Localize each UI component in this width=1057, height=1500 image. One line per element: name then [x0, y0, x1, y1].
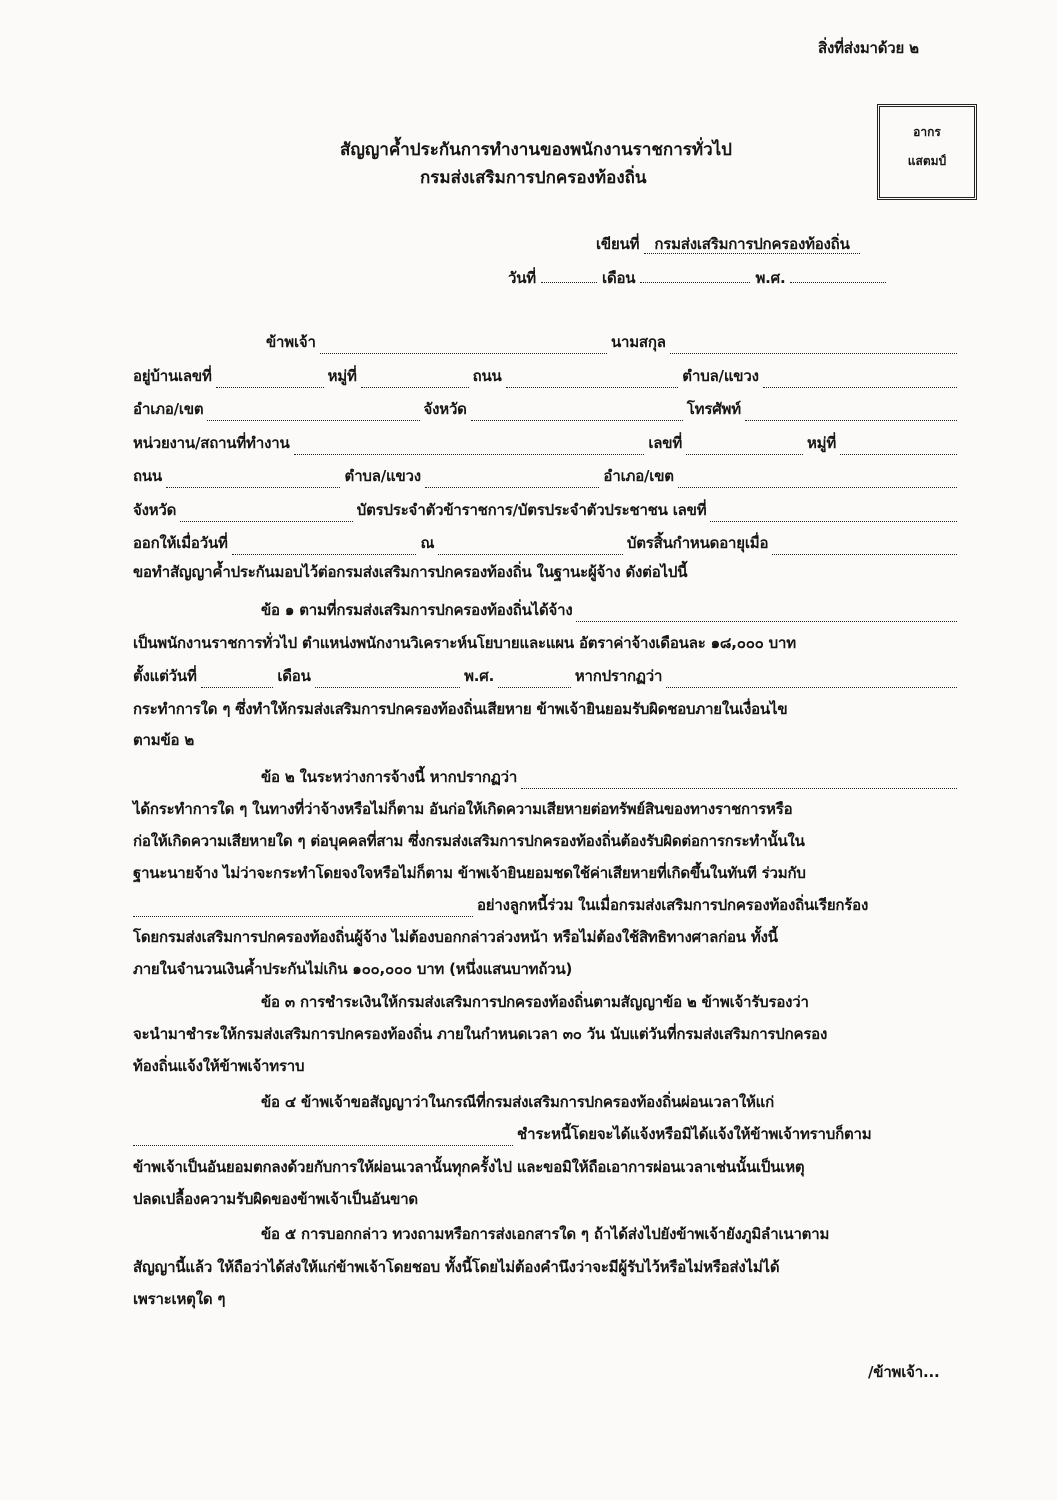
clause-1-line-5: ตามข้อ ๒	[133, 728, 194, 752]
label-workplace: หน่วยงาน/สถานที่ทำงาน	[133, 431, 290, 455]
row-name: ข้าพเจ้า นามสกุล	[266, 330, 961, 354]
clause-4-name-field[interactable]	[133, 1133, 513, 1146]
clause-1-label: ข้อ ๑ ตามที่กรมส่งเสริมการปกครองท้องถิ่น…	[261, 598, 572, 622]
phone-field[interactable]	[745, 408, 957, 421]
surname-field[interactable]	[670, 341, 957, 354]
date-label: วันที่	[508, 269, 536, 287]
label-start-year: พ.ศ.	[464, 664, 494, 688]
clause-4-line-1: ข้อ ๔ ข้าพเจ้าขอสัญญาว่าในกรณีที่กรมส่งเ…	[261, 1090, 774, 1114]
label-name: ข้าพเจ้า	[266, 330, 316, 354]
clause-1-line-4: กระทำการใด ๆ ซึ่งทำให้กรมส่งเสริมการปกคร…	[133, 697, 787, 721]
district-field[interactable]	[207, 408, 419, 421]
expiry-field[interactable]	[772, 542, 957, 555]
date-field[interactable]	[541, 270, 597, 283]
intro-text: ขอทำสัญญาค้ำประกันมอบไว้ต่อกรมส่งเสริมกา…	[133, 560, 687, 584]
workplace-field[interactable]	[294, 442, 645, 455]
work-moo-field[interactable]	[840, 442, 957, 455]
month-field[interactable]	[640, 270, 750, 283]
row-work-address: ถนน ตำบล/แขวง อำเภอ/เขต	[133, 464, 961, 488]
clause-4-body-2: ชำระหนี้โดยจะได้แจ้งหรือมิได้แจ้งให้ข้าพ…	[517, 1122, 871, 1146]
issued-at-field[interactable]	[438, 542, 623, 555]
title-line-2: กรมส่งเสริมการปกครองท้องถิ่น	[420, 164, 647, 191]
work-no-field[interactable]	[686, 442, 803, 455]
row-issue: ออกให้เมื่อวันที่ ณ บัตรสิ้นกำหนดอายุเมื…	[133, 531, 961, 555]
label-issue-date: ออกให้เมื่อวันที่	[133, 531, 228, 555]
province-field[interactable]	[471, 408, 683, 421]
subdistrict-field[interactable]	[763, 375, 957, 388]
year-field[interactable]	[790, 270, 886, 283]
month-label: เดือน	[602, 269, 635, 287]
label-work-road: ถนน	[133, 464, 162, 488]
id-card-field[interactable]	[710, 509, 957, 522]
clause-2-label: ข้อ ๒ ในระหว่างการจ้างนี้ หากปรากฏว่า	[261, 765, 517, 789]
clause-4-line-3: ข้าพเจ้าเป็นอันยอมตกลงด้วยกับการให้ผ่อนเ…	[133, 1155, 804, 1179]
clause-2-body-3: ฐานะนายจ้าง ไม่ว่าจะกระทำโดยจงใจหรือไม่ก…	[133, 861, 806, 885]
label-province: จังหวัด	[424, 397, 467, 421]
house-no-field[interactable]	[216, 375, 324, 388]
label-moo: หมู่ที่	[328, 364, 357, 388]
stamp-box: อากร แสตมป์	[877, 104, 977, 200]
moo-field[interactable]	[361, 375, 469, 388]
row-address: อยู่บ้านเลขที่ หมู่ที่ ถนน ตำบล/แขวง	[133, 364, 961, 388]
label-road: ถนน	[473, 364, 502, 388]
label-district: อำเภอ/เขต	[133, 397, 203, 421]
start-date-field[interactable]	[201, 675, 274, 688]
clause-5-line-3: เพราะเหตุใด ๆ	[133, 1287, 225, 1311]
label-work-province: จังหวัด	[133, 498, 176, 522]
clause-1-line-2: เป็นพนักงานราชการทั่วไป ตำแหน่งพนักงานวิ…	[133, 631, 796, 655]
clause-2-name-field[interactable]	[521, 776, 957, 789]
label-work-district: อำเภอ/เขต	[603, 464, 673, 488]
clause-4-line-4: ปลดเปลื้องความรับผิดของข้าพเจ้าเป็นอันขา…	[133, 1187, 418, 1211]
employee-name-field[interactable]	[576, 609, 957, 622]
start-year-field[interactable]	[498, 675, 571, 688]
start-month-field[interactable]	[315, 675, 460, 688]
clause-2-head: ข้อ ๒ ในระหว่างการจ้างนี้ หากปรากฏว่า	[261, 765, 961, 789]
written-at-label: เขียนที่	[596, 235, 639, 253]
work-road-field[interactable]	[166, 475, 340, 488]
clause-2-line-4: อย่างลูกหนี้ร่วม ในเมื่อกรมส่งเสริมการปก…	[133, 893, 961, 917]
date-line: วันที่ เดือน พ.ศ.	[508, 266, 886, 290]
label-if-appears: หากปรากฏว่า	[575, 664, 662, 688]
clause-2-body-5: โดยกรมส่งเสริมการปกครองท้องถิ่นผู้จ้าง ไ…	[133, 925, 778, 949]
row-district: อำเภอ/เขต จังหวัด โทรศัพท์	[133, 397, 961, 421]
clause-2-body-4: อย่างลูกหนี้ร่วม ในเมื่อกรมส่งเสริมการปก…	[477, 893, 868, 917]
label-start-date: ตั้งแต่วันที่	[133, 664, 197, 688]
label-phone: โทรศัพท์	[687, 397, 741, 421]
label-work-no: เลขที่	[648, 431, 682, 455]
work-district-field[interactable]	[678, 475, 957, 488]
clause-5-line-1: ข้อ ๕ การบอกกล่าว ทวงถามหรือการส่งเอกสาร…	[261, 1222, 829, 1246]
stamp-label-2: แสตมป์	[880, 152, 974, 171]
work-subdistrict-field[interactable]	[425, 475, 599, 488]
clause-3-line-1: ข้อ ๓ การชำระเงินให้กรมส่งเสริมการปกครอง…	[261, 990, 809, 1014]
year-label: พ.ศ.	[755, 269, 785, 287]
continued-marker: /ข้าพเจ้า...	[868, 1360, 939, 1384]
clause-3-line-2: จะนำมาชำระให้กรมส่งเสริมการปกครองท้องถิ่…	[133, 1022, 827, 1046]
written-at: เขียนที่ กรมส่งเสริมการปกครองท้องถิ่น	[596, 232, 860, 256]
label-work-moo: หมู่ที่	[807, 431, 836, 455]
label-issued-at: ณ	[420, 531, 434, 555]
clause-2-body-2: ก่อให้เกิดความเสียหายใด ๆ ต่อบุคคลที่สาม…	[133, 829, 805, 853]
stamp-label-1: อากร	[880, 123, 974, 142]
title-line-1: สัญญาค้ำประกันการทำงานของพนักงานราชการทั…	[340, 136, 732, 163]
row-id-card: จังหวัด บัตรประจำตัวข้าราชการ/บัตรประจำต…	[133, 498, 961, 522]
row-workplace: หน่วยงาน/สถานที่ทำงาน เลขที่ หมู่ที่	[133, 431, 961, 455]
clause-2-body-1: ได้กระทำการใด ๆ ในทางที่ว่าจ้างหรือไม่ก็…	[133, 797, 792, 821]
label-house-no: อยู่บ้านเลขที่	[133, 364, 212, 388]
issue-date-field[interactable]	[232, 542, 417, 555]
co-debtor-field[interactable]	[133, 904, 473, 917]
written-at-field[interactable]: กรมส่งเสริมการปกครองท้องถิ่น	[644, 235, 859, 254]
label-subdistrict: ตำบล/แขวง	[682, 364, 758, 388]
clause-1-head: ข้อ ๑ ตามที่กรมส่งเสริมการปกครองท้องถิ่น…	[261, 598, 961, 622]
name-field[interactable]	[320, 341, 607, 354]
attachment-label: สิ่งที่ส่งมาด้วย ๒	[818, 36, 919, 60]
appears-name-field[interactable]	[666, 675, 957, 688]
label-surname: นามสกุล	[611, 330, 666, 354]
label-id-card: บัตรประจำตัวข้าราชการ/บัตรประจำตัวประชาช…	[357, 498, 707, 522]
label-start-month: เดือน	[277, 664, 310, 688]
label-work-subdistrict: ตำบล/แขวง	[344, 464, 420, 488]
clause-2-body-6: ภายในจำนวนเงินค้ำประกันไม่เกิน ๑๐๐,๐๐๐ บ…	[133, 957, 572, 981]
road-field[interactable]	[506, 375, 679, 388]
clause-1-line-3: ตั้งแต่วันที่ เดือน พ.ศ. หากปรากฏว่า	[133, 664, 961, 688]
label-expiry: บัตรสิ้นกำหนดอายุเมื่อ	[627, 531, 768, 555]
work-province-field[interactable]	[180, 509, 353, 522]
clause-4-line-2: ชำระหนี้โดยจะได้แจ้งหรือมิได้แจ้งให้ข้าพ…	[133, 1122, 961, 1146]
clause-3-line-3: ท้องถิ่นแจ้งให้ข้าพเจ้าทราบ	[133, 1054, 304, 1078]
clause-5-line-2: สัญญานี้แล้ว ให้ถือว่าได้ส่งให้แก่ข้าพเจ…	[133, 1255, 779, 1279]
